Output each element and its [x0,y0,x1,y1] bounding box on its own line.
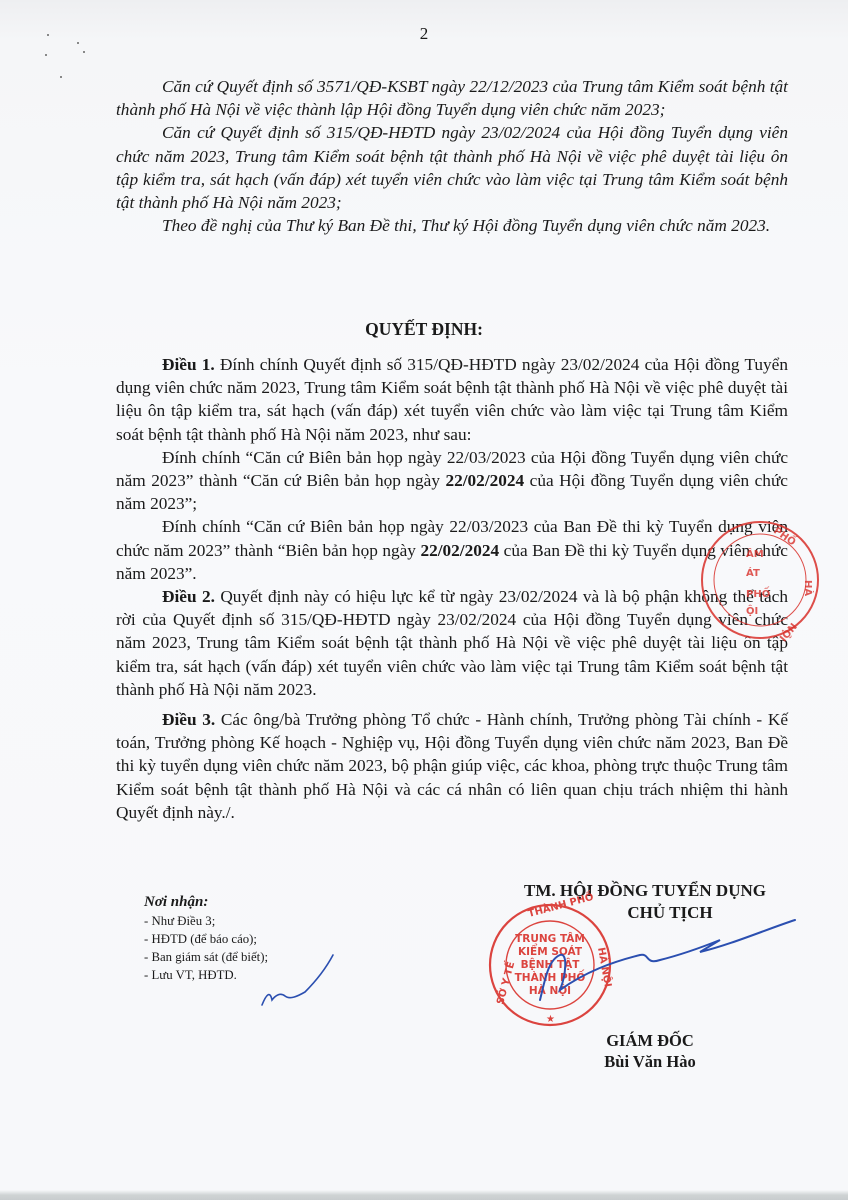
recipients-title: Nơi nhận: [144,893,268,912]
svg-text:TRUNG TÂM: TRUNG TÂM [515,932,585,945]
role-line: CHỦ TỊCH [480,902,810,924]
preamble-paragraph: Căn cứ Quyết định số 3571/QĐ-KSBT ngày 2… [116,75,788,121]
preamble: Căn cứ Quyết định số 3571/QĐ-KSBT ngày 2… [116,75,788,237]
article-label: Điều 2. [162,587,215,606]
recipients-block: Nơi nhận: - Như Điều 3; - HĐTD (để báo c… [144,893,268,984]
scan-speck [83,51,85,53]
article-1: Điều 1. Đính chính Quyết định số 315/QĐ-… [116,353,788,446]
correction-2: Đính chính “Căn cứ Biên bản họp ngày 22/… [116,515,788,585]
article-label: Điều 3. [162,710,215,729]
scan-speck [45,54,47,56]
preamble-paragraph: Căn cứ Quyết định số 315/QĐ-HĐTD ngày 23… [116,121,788,214]
document-page: 2 Căn cứ Quyết định số 3571/QĐ-KSBT ngày… [0,0,848,1200]
correction-1: Đính chính “Căn cứ Biên bản họp ngày 22/… [116,446,788,516]
article-label: Điều 1. [162,355,215,374]
recipient-item: - Như Điều 3; [144,912,268,930]
svg-text:HÀ NỘI: HÀ NỘI [595,946,615,988]
svg-text:KIỂM SOÁT: KIỂM SOÁT [518,943,583,958]
svg-text:BỆNH TẬT: BỆNH TẬT [521,958,581,971]
article-text: Các ông/bà Trưởng phòng Tổ chức - Hành c… [116,710,788,822]
recipient-item: - Lưu VT, HĐTD. [144,966,268,984]
on-behalf-line: TM. HỘI ĐỒNG TUYỂN DỤNG [480,880,810,902]
article-2: Điều 2. Quyết định này có hiệu lực kể từ… [116,585,788,701]
signature-header: TM. HỘI ĐỒNG TUYỂN DỤNG CHỦ TỊCH [480,880,810,924]
article-text: Quyết định này có hiệu lực kể từ ngày 23… [116,587,788,699]
signer-title: GIÁM ĐỐC [540,1030,760,1051]
svg-text:THÀNH PHỐ: THÀNH PHỐ [515,969,586,984]
svg-text:HÀ NỘI: HÀ NỘI [529,984,571,997]
page-number: 2 [0,24,848,44]
correction-date: 22/02/2024 [420,541,499,560]
correction-date: 22/02/2024 [445,471,524,490]
svg-text:HÀ: HÀ [802,580,815,596]
scan-speck [60,76,62,78]
decision-heading: QUYẾT ĐỊNH: [0,319,848,340]
svg-text:SỞ Y TẾ: SỞ Y TẾ [491,959,517,1005]
signature-footer: GIÁM ĐỐC Bùi Văn Hào [540,1030,760,1072]
articles: Điều 1. Đính chính Quyết định số 315/QĐ-… [116,353,788,824]
recipient-item: - Ban giám sát (để biết); [144,948,268,966]
preamble-paragraph: Theo đề nghị của Thư ký Ban Đề thi, Thư … [116,214,788,237]
recipient-item: - HĐTD (để báo cáo); [144,930,268,948]
director-signature-icon [540,920,795,1000]
initials-signature-icon [262,955,333,1005]
article-text: Đính chính Quyết định số 315/QĐ-HĐTD ngà… [116,355,788,444]
signer-name: Bùi Văn Hào [540,1051,760,1072]
svg-text:★: ★ [546,1014,555,1025]
article-3: Điều 3. Các ông/bà Trưởng phòng Tổ chức … [116,708,788,824]
